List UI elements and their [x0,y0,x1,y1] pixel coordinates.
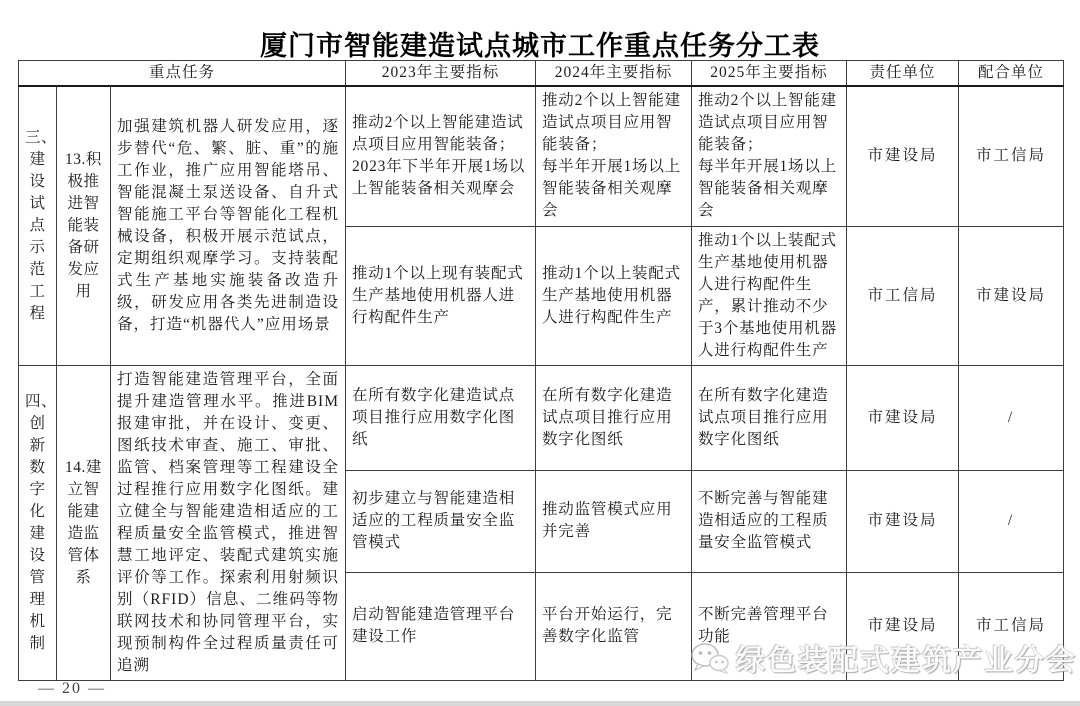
table-row: 四、创新数字化建设管理机制 14.建立智能建造监管体系 打造智能建造管理平台，全… [19,365,1064,470]
category-cell-4: 四、创新数字化建设管理机制 [19,365,57,680]
indicator-2023: 启动智能建造管理平台建设工作 [346,573,536,680]
task-division-table: 重点任务 2023年主要指标 2024年主要指标 2025年主要指标 责任单位 … [18,60,1064,681]
responsible-unit: 市建设局 [847,573,959,680]
cooperating-unit: 市工信局 [959,86,1064,226]
header-2024: 2024年主要指标 [536,61,692,87]
indicator-2025: 推动1个以上装配式生产基地使用机器人进行构配件生产，累计推动不少于3个基地使用机… [692,226,847,365]
header-responsible: 责任单位 [847,61,959,87]
table-row: 三、建设试点示范工程 13.积极推进智能装备研发应用 加强建筑机器人研发应用，逐… [19,86,1064,226]
responsible-unit: 市建设局 [847,470,959,573]
description-cell-14: 打造智能建造管理平台，全面提升建造管理水平。推进BIM报建审批，并在设计、变更、… [111,365,346,680]
document-page: 厦门市智能建造试点城市工作重点任务分工表 重点任务 2023年主要指标 2024… [0,0,1080,706]
indicator-2024: 推动1个以上装配式生产基地使用机器人进行构配件生产 [536,226,692,365]
cooperating-unit: / [959,365,1064,470]
responsible-unit: 市建设局 [847,86,959,226]
header-2023: 2023年主要指标 [346,61,536,87]
page-bottom-edge [0,701,1080,706]
indicator-2023: 初步建立与智能建造相适应的工程质量安全监管模式 [346,470,536,573]
indicator-2025: 不断完善管理平台功能 [692,573,847,680]
indicator-2024: 在所有数字化建造试点项目推行应用数字化图纸 [536,365,692,470]
responsible-unit: 市建设局 [847,365,959,470]
page-title: 厦门市智能建造试点城市工作重点任务分工表 [0,24,1080,63]
header-cooperating: 配合单位 [959,61,1064,87]
header-task: 重点任务 [19,61,346,87]
cooperating-unit: 市建设局 [959,226,1064,365]
taskno-cell-13: 13.积极推进智能装备研发应用 [57,86,111,365]
cooperating-unit: 市工信局 [959,573,1064,680]
indicator-2024: 推动2个以上智能建造试点项目应用智能装备； 每半年开展1场以上智能装备相关观摩会 [536,86,692,226]
indicator-2024: 推动监管模式应用并完善 [536,470,692,573]
page-number: — 20 — [38,680,106,698]
indicator-2023: 推动1个以上现有装配式生产基地使用机器人进行构配件生产 [346,226,536,365]
indicator-2023: 推动2个以上智能建造试点项目应用智能装备； 2023年下半年开展1场以上智能装备… [346,86,536,226]
indicator-2023: 在所有数字化建造试点项目推行应用数字化图纸 [346,365,536,470]
indicator-2025: 推动2个以上智能建造试点项目应用智能装备； 每半年开展1场以上智能装备相关观摩会 [692,86,847,226]
category-cell-3: 三、建设试点示范工程 [19,86,57,365]
cooperating-unit: / [959,470,1064,573]
responsible-unit: 市工信局 [847,226,959,365]
indicator-2025: 在所有数字化建造试点项目推行应用数字化图纸 [692,365,847,470]
indicator-2024: 平台开始运行，完善数字化监管 [536,573,692,680]
taskno-cell-14: 14.建立智能建造监管体系 [57,365,111,680]
table-header-row: 重点任务 2023年主要指标 2024年主要指标 2025年主要指标 责任单位 … [19,61,1064,87]
indicator-2025: 不断完善与智能建造相适应的工程质量安全监管模式 [692,470,847,573]
header-2025: 2025年主要指标 [692,61,847,87]
description-cell-13: 加强建筑机器人研发应用，逐步替代“危、繁、脏、重”的施工作业，推广应用智能塔吊、… [111,86,346,365]
